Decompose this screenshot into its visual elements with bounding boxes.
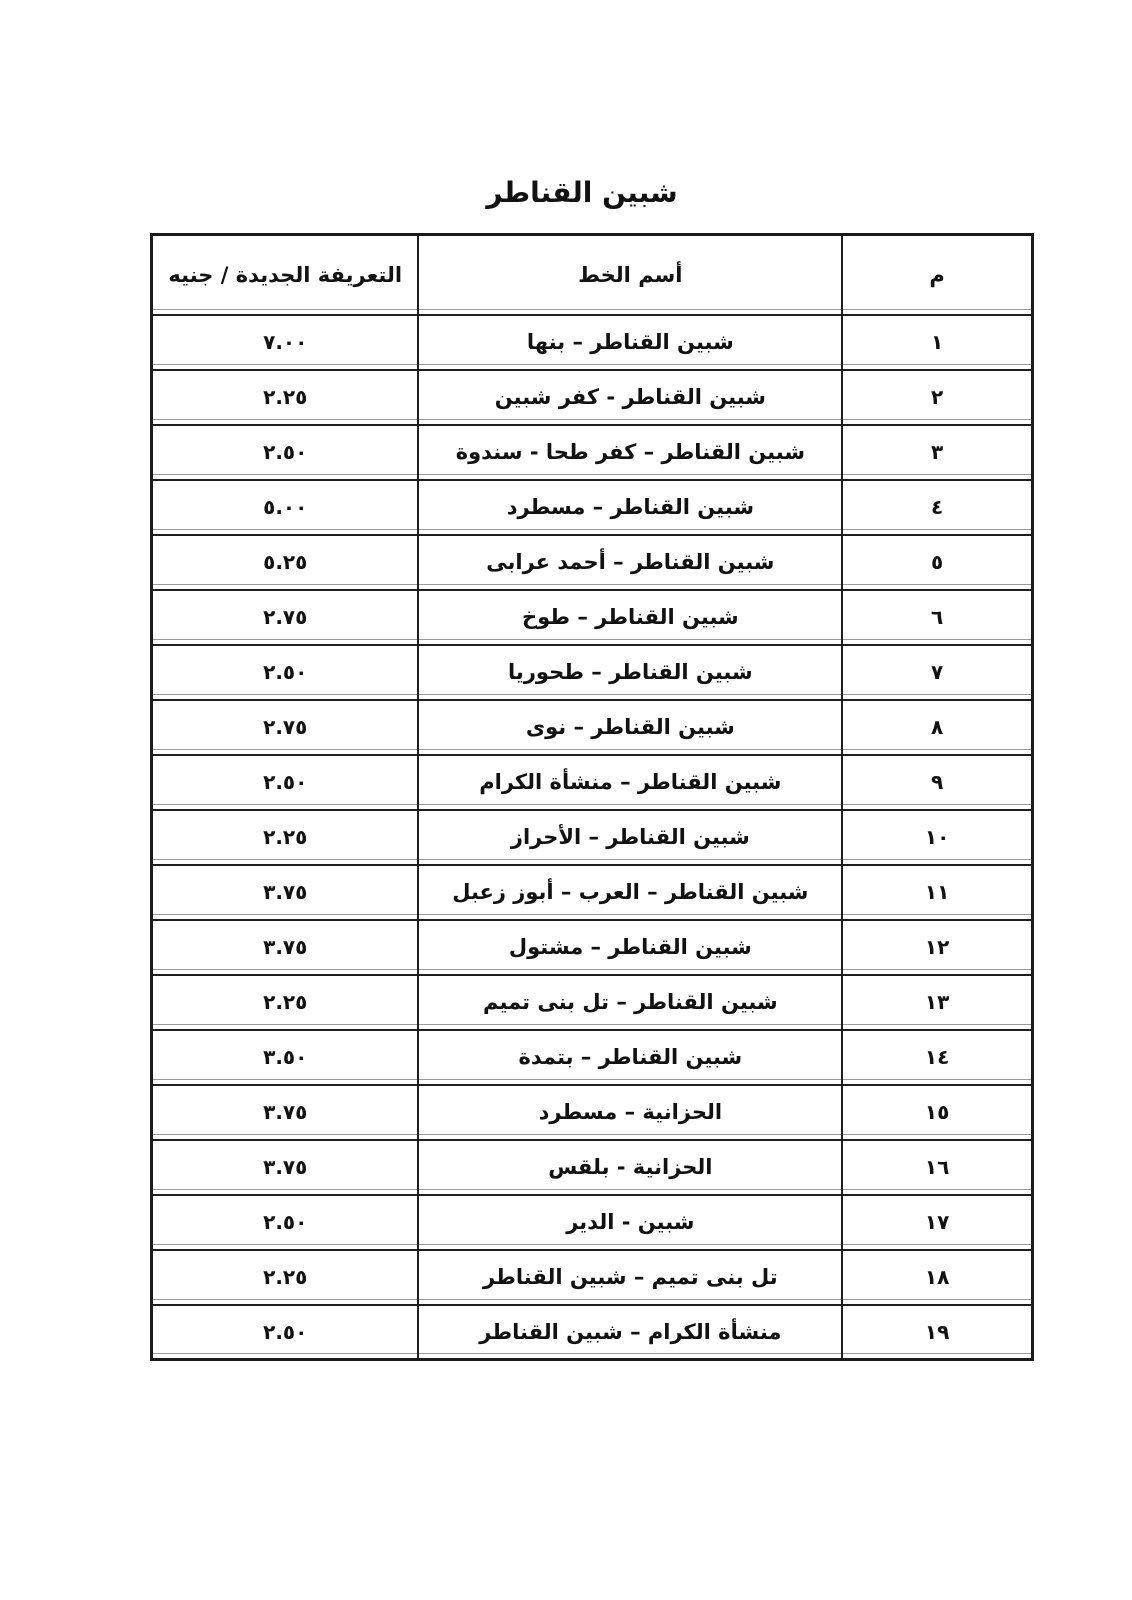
row-line-name: شبين القناطر – نوى [418, 700, 842, 755]
row-line-name: شبين القناطر – طحوريا [418, 645, 842, 700]
row-tariff: ٣.٧٥ [152, 1140, 419, 1195]
row-line-name: شبين القناطر - كفر شبين [418, 370, 842, 425]
row-index: ٧ [842, 645, 1032, 700]
table-row: ١٤ شبين القناطر – بتمدة ٣.٥٠ [152, 1030, 1033, 1085]
row-line-name: شبين القناطر – طوخ [418, 590, 842, 645]
row-tariff: ٢.٧٥ [152, 590, 419, 645]
row-tariff: ٢.٥٠ [152, 755, 419, 810]
document-page: شبين القناطر م أسم الخط التعريفة الجديدة… [0, 0, 1132, 1600]
row-index: ١ [842, 315, 1032, 370]
table-row: ١١ شبين القناطر – العرب – أبوز زعبل ٣.٧٥ [152, 865, 1033, 920]
row-tariff: ٢.٢٥ [152, 975, 419, 1030]
row-line-name: شبين القناطر – الأحراز [418, 810, 842, 865]
row-index: ٢ [842, 370, 1032, 425]
table-row: ٨ شبين القناطر – نوى ٢.٧٥ [152, 700, 1033, 755]
row-tariff: ٣.٧٥ [152, 1085, 419, 1140]
table-row: ١٩ منشأة الكرام – شبين القناطر ٢.٥٠ [152, 1305, 1033, 1360]
table-row: ٣ شبين القناطر – كفر طحا - سندوة ٢.٥٠ [152, 425, 1033, 480]
row-line-name: منشأة الكرام – شبين القناطر [418, 1305, 842, 1360]
row-line-name: شبين القناطر – منشأة الكرام [418, 755, 842, 810]
tariff-table: م أسم الخط التعريفة الجديدة / جنيه ١ شبي… [150, 233, 1034, 1361]
row-index: ٩ [842, 755, 1032, 810]
header-row: م أسم الخط التعريفة الجديدة / جنيه [152, 235, 1033, 315]
table-row: ٢ شبين القناطر - كفر شبين ٢.٢٥ [152, 370, 1033, 425]
table-row: ١٠ شبين القناطر – الأحراز ٢.٢٥ [152, 810, 1033, 865]
row-tariff: ٢.٢٥ [152, 810, 419, 865]
table-row: ١٦ الحزانية - بلقس ٣.٧٥ [152, 1140, 1033, 1195]
row-tariff: ٢.٢٥ [152, 1250, 419, 1305]
row-tariff: ٢.٥٠ [152, 425, 419, 480]
table-row: ٩ شبين القناطر – منشأة الكرام ٢.٥٠ [152, 755, 1033, 810]
row-index: ١٦ [842, 1140, 1032, 1195]
table-row: ١٣ شبين القناطر – تل بنى تميم ٢.٢٥ [152, 975, 1033, 1030]
header-tariff: التعريفة الجديدة / جنيه [152, 235, 419, 315]
row-index: ١١ [842, 865, 1032, 920]
table-row: ٥ شبين القناطر – أحمد عرابى ٥.٢٥ [152, 535, 1033, 590]
row-index: ١٤ [842, 1030, 1032, 1085]
row-index: ١٨ [842, 1250, 1032, 1305]
row-tariff: ٣.٥٠ [152, 1030, 419, 1085]
table-row: ١ شبين القناطر – بنها ٧.٠٠ [152, 315, 1033, 370]
row-line-name: الحزانية - بلقس [418, 1140, 842, 1195]
row-tariff: ٥.٠٠ [152, 480, 419, 535]
row-index: ٣ [842, 425, 1032, 480]
row-index: ١٣ [842, 975, 1032, 1030]
table-row: ٧ شبين القناطر – طحوريا ٢.٥٠ [152, 645, 1033, 700]
row-line-name: شبين - الدير [418, 1195, 842, 1250]
row-tariff: ٢.٢٥ [152, 370, 419, 425]
row-line-name: شبين القناطر – بنها [418, 315, 842, 370]
row-index: ١٥ [842, 1085, 1032, 1140]
row-line-name: شبين القناطر – بتمدة [418, 1030, 842, 1085]
row-index: ٤ [842, 480, 1032, 535]
row-tariff: ٢.٥٠ [152, 1195, 419, 1250]
row-line-name: شبين القناطر – العرب – أبوز زعبل [418, 865, 842, 920]
row-tariff: ٣.٧٥ [152, 920, 419, 975]
row-line-name: شبين القناطر – مشتول [418, 920, 842, 975]
header-line-name: أسم الخط [418, 235, 842, 315]
row-index: ٦ [842, 590, 1032, 645]
row-tariff: ٣.٧٥ [152, 865, 419, 920]
row-line-name: شبين القناطر – مسطرد [418, 480, 842, 535]
table-row: ١٧ شبين - الدير ٢.٥٠ [152, 1195, 1033, 1250]
row-index: ١٧ [842, 1195, 1032, 1250]
table-row: ٤ شبين القناطر – مسطرد ٥.٠٠ [152, 480, 1033, 535]
table-row: ٦ شبين القناطر – طوخ ٢.٧٥ [152, 590, 1033, 645]
row-tariff: ٢.٥٠ [152, 645, 419, 700]
row-tariff: ٢.٥٠ [152, 1305, 419, 1360]
row-index: ٥ [842, 535, 1032, 590]
row-tariff: ٢.٧٥ [152, 700, 419, 755]
row-tariff: ٧.٠٠ [152, 315, 419, 370]
row-index: ٨ [842, 700, 1032, 755]
row-index: ١٩ [842, 1305, 1032, 1360]
table-row: ١٢ شبين القناطر – مشتول ٣.٧٥ [152, 920, 1033, 975]
row-line-name: تل بنى تميم – شبين القناطر [418, 1250, 842, 1305]
row-line-name: شبين القناطر – تل بنى تميم [418, 975, 842, 1030]
header-index: م [842, 235, 1032, 315]
row-index: ١٢ [842, 920, 1032, 975]
table-row: ١٥ الحزانية – مسطرد ٣.٧٥ [152, 1085, 1033, 1140]
row-tariff: ٥.٢٥ [152, 535, 419, 590]
table-row: ١٨ تل بنى تميم – شبين القناطر ٢.٢٥ [152, 1250, 1033, 1305]
table-body: ١ شبين القناطر – بنها ٧.٠٠ ٢ شبين القناط… [152, 315, 1033, 1360]
row-line-name: الحزانية – مسطرد [418, 1085, 842, 1140]
row-index: ١٠ [842, 810, 1032, 865]
page-title: شبين القناطر [140, 176, 1024, 209]
table-header: م أسم الخط التعريفة الجديدة / جنيه [152, 235, 1033, 315]
row-line-name: شبين القناطر – كفر طحا - سندوة [418, 425, 842, 480]
row-line-name: شبين القناطر – أحمد عرابى [418, 535, 842, 590]
